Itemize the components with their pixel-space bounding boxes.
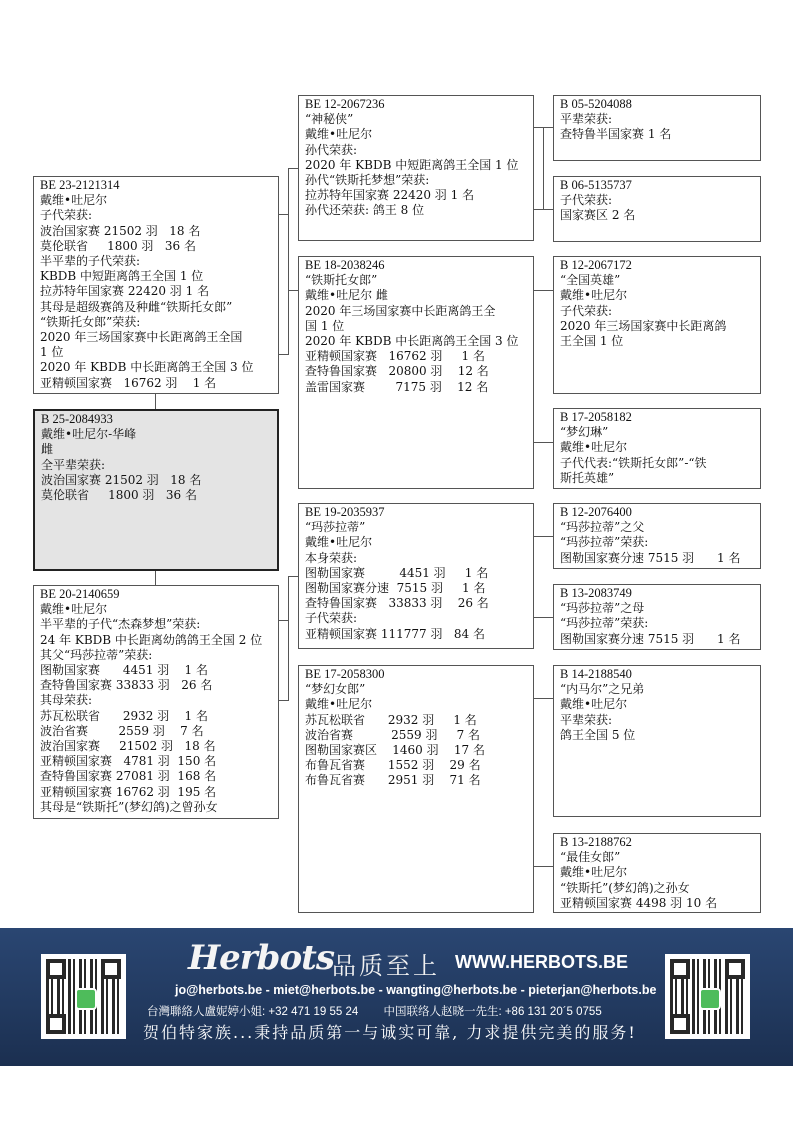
- card-line: 查特鲁国家赛 33833 羽 26 名: [305, 596, 527, 611]
- email-list[interactable]: jo@herbots.be - miet@herbots.be - wangti…: [175, 983, 656, 997]
- card-line: 其母是超级赛鸽及种雌“铁斯托女郎”: [40, 300, 272, 315]
- card-line: “全国英雄”: [560, 273, 754, 288]
- card-line: “梦幻女郎”: [305, 682, 527, 697]
- footer-banner: Herbots 品质至上 WWW.HERBOTS.BE jo@herbots.b…: [0, 928, 793, 1066]
- card-line: 拉苏特年国家赛 22420 羽 1 名: [305, 188, 527, 203]
- card-line: 孙代“铁斯托梦想”荣获:: [305, 173, 527, 188]
- ring-number: BE 18-2038246: [305, 258, 527, 273]
- tagline: 品质至上: [332, 946, 440, 981]
- card-line: 平辈荣获:: [560, 112, 754, 127]
- card-line: “梦幻琳”: [560, 425, 754, 440]
- ring-number: B 12-2076400: [560, 505, 754, 520]
- card-line: 波治国家赛 21502 羽 18 名: [40, 224, 272, 239]
- card-line: “铁斯托女郎”荣获:: [40, 315, 272, 330]
- card-line: “玛莎拉蒂”荣获:: [560, 616, 754, 631]
- subject-card: B 25-2084933戴维•吐尼尔-华峰雌全平辈荣获:波治国家赛 21502 …: [33, 409, 279, 571]
- website-link[interactable]: WWW.HERBOTS.BE: [455, 952, 628, 973]
- card-line: 盖雷国家赛 7175 羽 12 名: [305, 380, 527, 395]
- card-line: 亚精顿国家赛 4781 羽 150 名: [40, 754, 272, 769]
- connector: [534, 617, 553, 618]
- card-line: 本身荣获:: [305, 551, 527, 566]
- card-line: 王全国 1 位: [560, 334, 754, 349]
- ring-number: B 14-2188540: [560, 667, 754, 682]
- card-line: 平辈荣获:: [560, 713, 754, 728]
- card-line: 查特鲁国家赛 33833 羽 26 名: [40, 678, 272, 693]
- card-line: 波治省赛 2559 羽 7 名: [40, 724, 272, 739]
- card-line: 苏瓦松联省 2932 羽 1 名: [40, 709, 272, 724]
- wechat-icon: [699, 988, 721, 1010]
- card-line: 亚精顿国家赛 4498 羽 10 名: [560, 896, 754, 911]
- card-line: 孙代荣获:: [305, 143, 527, 158]
- card-line: 查特鲁国家赛 27081 羽 168 名: [40, 769, 272, 784]
- ring-number: BE 20-2140659: [40, 587, 272, 602]
- ggp-card-1: B 05-5204088平辈荣获:查特鲁半国家赛 1 名: [553, 95, 761, 161]
- card-line: 莫伦联省 1800 羽 36 名: [41, 488, 271, 503]
- card-line: 半平辈的子代荣获:: [40, 254, 272, 269]
- ring-number: BE 17-2058300: [305, 667, 527, 682]
- ring-number: B 25-2084933: [41, 412, 271, 427]
- card-line: 波治国家赛 21502 羽 18 名: [41, 473, 271, 488]
- ggp-card-8: B 13-2188762“最佳女郎”戴维•吐尼尔“铁斯托”(梦幻鸽)之孙女亚精顿…: [553, 833, 761, 913]
- card-line: 波治省赛 2559 羽 7 名: [305, 728, 527, 743]
- card-line: 苏瓦松联省 2932 羽 1 名: [305, 713, 527, 728]
- card-line: “铁斯托女郎”: [305, 273, 527, 288]
- card-line: 戴维•吐尼尔: [560, 865, 754, 880]
- card-line: 亚精顿国家赛 111777 羽 84 名: [305, 627, 527, 642]
- connector: [288, 168, 289, 355]
- connector: [534, 536, 553, 537]
- card-line: 半平辈的子代“杰森梦想”荣获:: [40, 617, 272, 632]
- herbots-logo: Herbots: [188, 938, 334, 978]
- card-line: 其母荣获:: [40, 693, 272, 708]
- card-line: 亚精顿国家赛 16762 羽 1 名: [40, 376, 272, 391]
- card-line: 图勒国家赛分速 7515 羽 1 名: [560, 632, 754, 647]
- card-line: 图勒国家赛 4451 羽 1 名: [305, 566, 527, 581]
- connector: [534, 698, 553, 699]
- card-line: KBDB 中短距离鸽王全国 1 位: [40, 269, 272, 284]
- card-line: “玛莎拉蒂”之父: [560, 520, 754, 535]
- card-line: 波治国家赛 21502 羽 18 名: [40, 739, 272, 754]
- card-line: 戴维•吐尼尔: [560, 697, 754, 712]
- card-line: “神秘侠”: [305, 112, 527, 127]
- sire-dam-card: BE 18-2038246“铁斯托女郎”戴维•吐尼尔 雌2020 年三场国家赛中…: [298, 256, 534, 489]
- card-line: 2020 年 KBDB 中长距离鸽王全国 3 位: [40, 360, 272, 375]
- card-line: “玛莎拉蒂”荣获:: [560, 535, 754, 550]
- connector: [534, 290, 553, 291]
- card-line: 戴维•吐尼尔: [40, 193, 272, 208]
- connector: [155, 571, 156, 585]
- sire-card: BE 23-2121314戴维•吐尼尔子代荣获:波治国家赛 21502 羽 18…: [33, 176, 279, 394]
- card-line: “玛莎拉蒂”: [305, 520, 527, 535]
- ring-number: BE 23-2121314: [40, 178, 272, 193]
- connector: [543, 127, 544, 210]
- card-line: “铁斯托”(梦幻鸽)之孙女: [560, 881, 754, 896]
- card-line: 亚精顿国家赛 16762 羽 195 名: [40, 785, 272, 800]
- ring-number: B 13-2188762: [560, 835, 754, 850]
- ggp-card-5: B 12-2076400“玛莎拉蒂”之父“玛莎拉蒂”荣获:图勒国家赛分速 751…: [553, 503, 761, 569]
- card-line: “玛莎拉蒂”之母: [560, 601, 754, 616]
- ggp-card-6: B 13-2083749“玛莎拉蒂”之母“玛莎拉蒂”荣获:图勒国家赛分速 751…: [553, 584, 761, 650]
- card-line: 2020 年三场国家赛中长距离鸽: [560, 319, 754, 334]
- card-line: “内马尔”之兄弟: [560, 682, 754, 697]
- card-line: 2020 年三场国家赛中长距离鸽王全国: [40, 330, 272, 345]
- card-line: 查特鲁半国家赛 1 名: [560, 127, 754, 142]
- connector: [288, 576, 289, 701]
- connector: [543, 127, 553, 128]
- card-line: 子代荣获:: [40, 208, 272, 223]
- card-line: 戴维•吐尼尔: [560, 440, 754, 455]
- card-line: 24 年 KBDB 中长距离幼鸽鸽王全国 2 位: [40, 633, 272, 648]
- connector: [155, 394, 156, 409]
- card-line: 查特鲁国家赛 20800 羽 12 名: [305, 364, 527, 379]
- card-line: 戴维•吐尼尔: [305, 127, 527, 142]
- ring-number: B 05-5204088: [560, 97, 754, 112]
- line-icon: [75, 988, 97, 1010]
- contact-taiwan: 台灣聯絡人盧妮婷小姐: +32 471 19 55 24: [147, 1006, 358, 1018]
- sire-sire-card: BE 12-2067236“神秘侠”戴维•吐尼尔孙代荣获:2020 年 KBDB…: [298, 95, 534, 241]
- ggp-card-2: B 06-5135737子代荣获:国家赛区 2 名: [553, 176, 761, 242]
- card-line: 戴维•吐尼尔: [305, 535, 527, 550]
- ring-number: B 13-2083749: [560, 586, 754, 601]
- motto: 贺伯特家族...秉持品质第一与诚实可靠, 力求提供完美的服务!: [143, 1020, 637, 1043]
- card-line: 2020 年三场国家赛中长距离鸽王全: [305, 304, 527, 319]
- wechat-qr-code[interactable]: [665, 954, 750, 1039]
- ring-number: B 06-5135737: [560, 178, 754, 193]
- card-line: 其父“玛莎拉蒂”荣获:: [40, 648, 272, 663]
- dam-card: BE 20-2140659戴维•吐尼尔半平辈的子代“杰森梦想”荣获:24 年 K…: [33, 585, 279, 819]
- card-line: 子代荣获:: [560, 193, 754, 208]
- ggp-card-4: B 17-2058182“梦幻琳”戴维•吐尼尔子代代表:“铁斯托女郎”-“铁斯托…: [553, 408, 761, 489]
- ggp-card-7: B 14-2188540“内马尔”之兄弟戴维•吐尼尔平辈荣获:鸽王全国 5 位: [553, 665, 761, 817]
- line-qr-code[interactable]: [41, 954, 126, 1039]
- connector: [534, 442, 553, 443]
- ring-number: B 12-2067172: [560, 258, 754, 273]
- connector: [288, 290, 298, 291]
- card-line: 2020 年 KBDB 中短距离鸽王全国 1 位: [305, 158, 527, 173]
- connector: [288, 576, 298, 577]
- dam-sire-card: BE 19-2035937“玛莎拉蒂”戴维•吐尼尔本身荣获:图勒国家赛 4451…: [298, 503, 534, 649]
- card-line: 图勒国家赛分速 7515 羽 1 名: [560, 551, 754, 566]
- card-line: 图勒国家赛区 1460 羽 17 名: [305, 743, 527, 758]
- contact-china: 中国联络人赵晓一先生: +86 131 20´5 0755: [383, 1006, 601, 1018]
- card-line: 2020 年 KBDB 中长距离鸽王全国 3 位: [305, 334, 527, 349]
- card-line: 拉苏特年国家赛 22420 羽 1 名: [40, 284, 272, 299]
- card-line: 国家赛区 2 名: [560, 208, 754, 223]
- card-line: 戴维•吐尼尔: [305, 697, 527, 712]
- card-line: 布鲁瓦省赛 1552 羽 29 名: [305, 758, 527, 773]
- connector: [543, 209, 553, 210]
- card-line: 戴维•吐尼尔-华峰: [41, 427, 271, 442]
- card-line: 子代荣获:: [560, 304, 754, 319]
- ring-number: BE 19-2035937: [305, 505, 527, 520]
- card-line: 鸽王全国 5 位: [560, 728, 754, 743]
- card-line: 图勒国家赛 4451 羽 1 名: [40, 663, 272, 678]
- ring-number: B 17-2058182: [560, 410, 754, 425]
- card-line: 子代荣获:: [305, 611, 527, 626]
- card-line: 亚精顿国家赛 16762 羽 1 名: [305, 349, 527, 364]
- card-line: 其母是“铁斯托”(梦幻鸽)之曾孙女: [40, 800, 272, 815]
- ring-number: BE 12-2067236: [305, 97, 527, 112]
- card-line: 莫伦联省 1800 羽 36 名: [40, 239, 272, 254]
- card-line: 戴维•吐尼尔 雌: [305, 288, 527, 303]
- card-line: 国 1 位: [305, 319, 527, 334]
- card-line: 雌: [41, 442, 271, 457]
- connector: [534, 866, 553, 867]
- contact-line: 台灣聯絡人盧妮婷小姐: +32 471 19 55 24 中国联络人赵晓一先生:…: [147, 1003, 624, 1019]
- card-line: 1 位: [40, 345, 272, 360]
- card-line: “最佳女郎”: [560, 850, 754, 865]
- card-line: 子代代表:“铁斯托女郎”-“铁: [560, 456, 754, 471]
- card-line: 斯托英雄”: [560, 471, 754, 486]
- card-line: 孙代还荣获: 鸽王 8 位: [305, 203, 527, 218]
- card-line: 戴维•吐尼尔: [560, 288, 754, 303]
- card-line: 布鲁瓦省赛 2951 羽 71 名: [305, 773, 527, 788]
- ggp-card-3: B 12-2067172“全国英雄”戴维•吐尼尔子代荣获:2020 年三场国家赛…: [553, 256, 761, 394]
- card-line: 全平辈荣获:: [41, 458, 271, 473]
- dam-dam-card: BE 17-2058300“梦幻女郎”戴维•吐尼尔苏瓦松联省 2932 羽 1 …: [298, 665, 534, 913]
- connector: [288, 168, 298, 169]
- card-line: 戴维•吐尼尔: [40, 602, 272, 617]
- card-line: 图勒国家赛分速 7515 羽 1 名: [305, 581, 527, 596]
